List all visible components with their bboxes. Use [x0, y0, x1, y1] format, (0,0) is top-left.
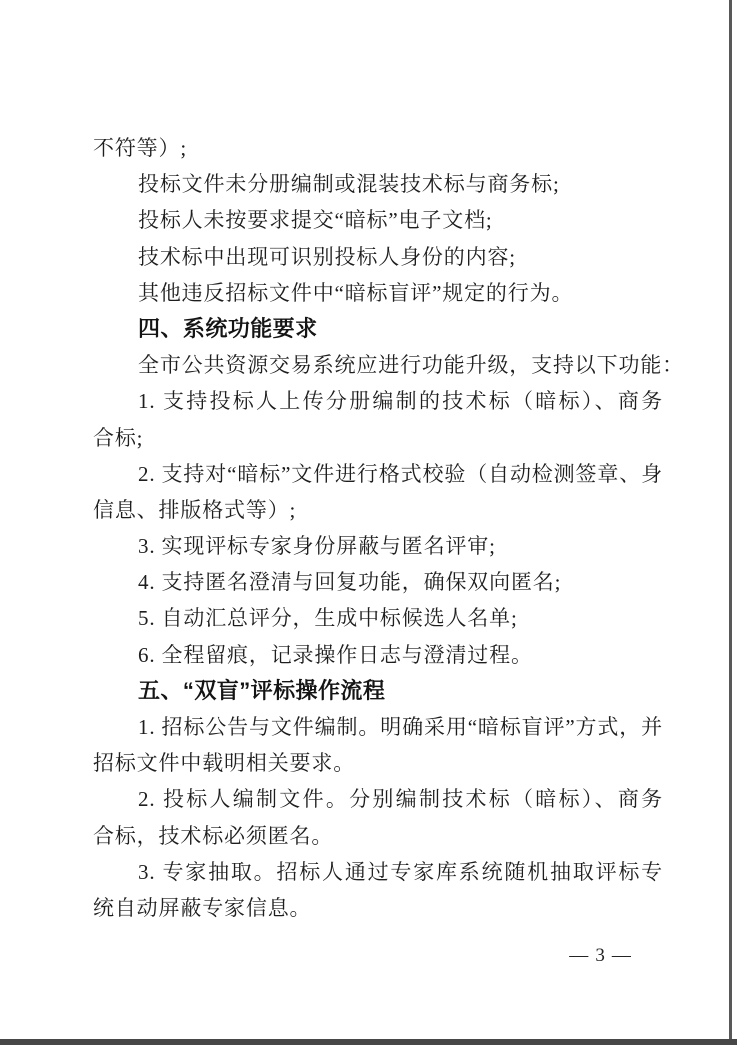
text-line: 5. 自动汇总评分，生成中标候选人名单; — [93, 600, 663, 636]
text-line: 1. 支持投标人上传分册编制的技术标（暗标）、商务标、综 — [93, 383, 663, 419]
text-line: 4. 支持匿名澄清与回复功能，确保双向匿名; — [93, 564, 663, 600]
text-line: 招标文件中载明相关要求。 — [93, 745, 663, 781]
text-line: 不符等）; — [93, 130, 663, 166]
text-line: 1. 招标公告与文件编制。明确采用“暗标盲评”方式，并在 — [93, 709, 663, 745]
text-line: 合标; — [93, 420, 663, 456]
page-number: — 3 — — [569, 944, 632, 968]
text-line: 信息、排版格式等）; — [93, 492, 663, 528]
section-heading-4: 四、系统功能要求 — [93, 311, 663, 347]
text-line: 投标文件未分册编制或混装技术标与商务标; — [93, 166, 663, 202]
text-line: 全市公共资源交易系统应进行功能升级，支持以下功能： — [93, 347, 663, 383]
text-line: 3. 实现评标专家身份屏蔽与匿名评审; — [93, 528, 663, 564]
text-line: 其他违反招标文件中“暗标盲评”规定的行为。 — [93, 275, 663, 311]
document-body: 不符等）; 投标文件未分册编制或混装技术标与商务标; 投标人未按要求提交“暗标”… — [93, 130, 663, 926]
document-page: 不符等）; 投标文件未分册编制或混装技术标与商务标; 投标人未按要求提交“暗标”… — [0, 0, 737, 1045]
text-line: 合标，技术标必须匿名。 — [93, 818, 663, 854]
scan-edge-bottom-shadow — [0, 1039, 737, 1045]
text-line: 6. 全程留痕，记录操作日志与澄清过程。 — [93, 637, 663, 673]
text-line: 投标人未按要求提交“暗标”电子文档; — [93, 202, 663, 238]
scan-edge-right-shadow — [729, 0, 732, 1042]
text-line: 技术标中出现可识别投标人身份的内容; — [93, 239, 663, 275]
text-line: 3. 专家抽取。招标人通过专家库系统随机抽取评标专家，系 — [93, 854, 663, 890]
section-heading-5: 五、“双盲”评标操作流程 — [93, 673, 663, 709]
text-line: 2. 支持对“暗标”文件进行格式校验（自动检测签章、身份 — [93, 456, 663, 492]
text-line: 统自动屏蔽专家信息。 — [93, 890, 663, 926]
text-line: 2. 投标人编制文件。分别编制技术标（暗标）、商务标、综 — [93, 781, 663, 817]
